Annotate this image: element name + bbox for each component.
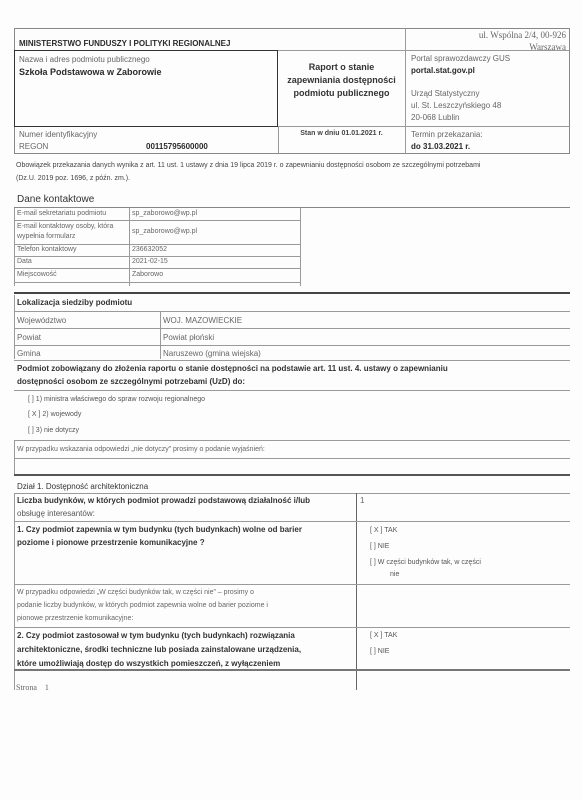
option-label-voivode: 2) wojewody (42, 411, 81, 418)
option-label-minister: 1) ministra właściwego do spraw rozwoju … (36, 396, 205, 403)
location-value-county: Powiat płoński (163, 333, 214, 342)
q2-line2: architektoniczne, środki techniczne lub … (17, 645, 301, 654)
q1-checkbox-partial[interactable]: [ ] (370, 559, 376, 566)
office-line3: 20-068 Lublin (411, 113, 459, 122)
location-label-county: Powiat (17, 333, 41, 342)
q1-label-partial: W części budynków tak, w części (378, 559, 481, 566)
q2-label-yes: TAK (384, 632, 397, 639)
contact-section-title: Dane kontaktowe (17, 194, 94, 205)
option-label-not-applicable: 3) nie dotyczy (36, 427, 79, 434)
q1-checkbox-yes[interactable]: [ X ] (370, 527, 382, 534)
deadline-label: Termin przekazania: (411, 130, 483, 139)
partial-prompt-line2: podanie liczby budynków, w których podmi… (17, 602, 268, 609)
location-label-commune: Gmina (17, 349, 41, 358)
location-section-title: Lokalizacja siedziby podmiotu (17, 298, 132, 307)
contact-value-secretariat-email: sp_zaborowo@wp.pl (132, 210, 197, 217)
page-label: Strona (16, 683, 37, 692)
obliged-question-line1: Podmiot zobowiązany do złożenia raportu … (17, 364, 448, 373)
location-value-voivodeship: WOJ. MAZOWIECKIE (163, 316, 242, 325)
contact-label-secretariat-email: E-mail sekretariatu podmiotu (17, 210, 106, 217)
buildings-question-line2: obsługę interesantów: (17, 509, 95, 518)
portal-url: portal.stat.gov.pl (411, 66, 475, 75)
q2-checkbox-no[interactable]: [ ] (370, 648, 376, 655)
q2-label-no: NIE (378, 648, 390, 655)
location-label-voivodeship: Województwo (17, 316, 66, 325)
partial-prompt-line3: pionowe przestrzenie komunikacyjne: (17, 615, 133, 622)
report-title-line1: Raport o stanie (278, 62, 405, 72)
contact-label-phone: Telefon kontaktowy (17, 246, 77, 253)
contact-value-town: Zaborowo (132, 271, 163, 278)
contact-label-town: Miejscowość (17, 271, 57, 278)
q1-option-yes[interactable]: [ X ] TAK (370, 527, 397, 534)
ministry-address-line1: ul. Wspólna 2/4, 00-926 (479, 30, 566, 40)
office-line2: ul. St. Leszczyńskiego 48 (411, 101, 501, 110)
q2-line1: 2. Czy podmiot zastosował w tym budynku … (17, 631, 295, 640)
section1-title: Dział 1. Dostępność architektoniczna (17, 482, 148, 491)
q1-label-partial-cont: nie (390, 571, 399, 578)
q1-checkbox-no[interactable]: [ ] (370, 543, 376, 550)
contact-label-filler-email: E-mail kontaktowy osoby, która wypełnia … (17, 222, 127, 242)
checkbox-voivode[interactable]: [ X ] (28, 411, 40, 418)
obliged-option-not-applicable[interactable]: [ ] 3) nie dotyczy (28, 427, 79, 434)
obliged-question-line2: dostępności osobom ze szczególnymi potrz… (17, 377, 245, 386)
checkbox-minister[interactable]: [ ] (28, 396, 34, 403)
location-value-commune: Naruszewo (gmina wiejska) (163, 349, 261, 358)
portal-label: Portal sprawozdawczy GUS (411, 54, 510, 63)
q2-option-no[interactable]: [ ] NIE (370, 648, 389, 655)
obligation-note-line2: (Dz.U. 2019 poz. 1696, z późn. zm.). (16, 175, 130, 182)
entity-label: Nazwa i adres podmiotu publicznego (19, 55, 150, 64)
regon-value: 00115795600000 (146, 142, 208, 151)
obliged-option-voivode[interactable]: [ X ] 2) wojewody (28, 411, 81, 418)
office-line1: Urząd Statystyczny (411, 89, 479, 98)
q1-line1: 1. Czy podmiot zapewnia w tym budynku (t… (17, 525, 302, 534)
ministry-name: MINISTERSTWO FUNDUSZY I POLITYKI REGIONA… (19, 39, 230, 48)
deadline-value: do 31.03.2021 r. (411, 142, 470, 151)
q1-line2: poziome i pionowe przestrzenie komunikac… (17, 538, 205, 547)
obligation-note-line1: Obowiązek przekazania danych wynika z ar… (16, 162, 480, 169)
explain-prompt: W przypadku wskazania odpowiedzi „nie do… (17, 446, 265, 453)
report-title-line3: podmiotu publicznego (278, 88, 405, 98)
q2-checkbox-yes[interactable]: [ X ] (370, 632, 382, 639)
report-title-line2: zapewniania dostępności (278, 75, 405, 85)
obliged-option-minister[interactable]: [ ] 1) ministra właściwego do spraw rozw… (28, 396, 205, 403)
q2-line3: które umożliwiają dostęp do wszystkich p… (17, 659, 280, 668)
q1-label-no: NIE (378, 543, 390, 550)
checkbox-not-applicable[interactable]: [ ] (28, 427, 34, 434)
q2-option-yes[interactable]: [ X ] TAK (370, 632, 397, 639)
buildings-count-value[interactable]: 1 (360, 496, 364, 505)
contact-label-date: Data (17, 258, 32, 265)
page-footer: Strona 1 (16, 683, 49, 692)
entity-name: Szkoła Podstawowa w Zaborowie (19, 67, 162, 77)
contact-value-filler-email: sp_zaborowo@wp.pl (132, 228, 197, 235)
ministry-address-line2: Warszawa (529, 42, 566, 52)
partial-prompt-line1: W przypadku odpowiedzi „W części budynkó… (17, 589, 254, 596)
q1-option-partial[interactable]: [ ] W części budynków tak, w części (370, 559, 481, 566)
state-date: Stan w dniu 01.01.2021 r. (278, 130, 405, 137)
partial-count-input[interactable] (358, 586, 568, 626)
q1-label-yes: TAK (384, 527, 397, 534)
contact-value-phone: 236632052 (132, 246, 167, 253)
explain-input[interactable] (16, 459, 568, 473)
id-type: REGON (19, 142, 48, 151)
buildings-question-line1: Liczba budynków, w których podmiot prowa… (17, 496, 310, 505)
contact-value-date: 2021-02-15 (132, 258, 168, 265)
q1-option-no[interactable]: [ ] NIE (370, 543, 389, 550)
page-number: 1 (45, 683, 49, 692)
id-label: Numer identyfikacyjny (19, 130, 97, 139)
